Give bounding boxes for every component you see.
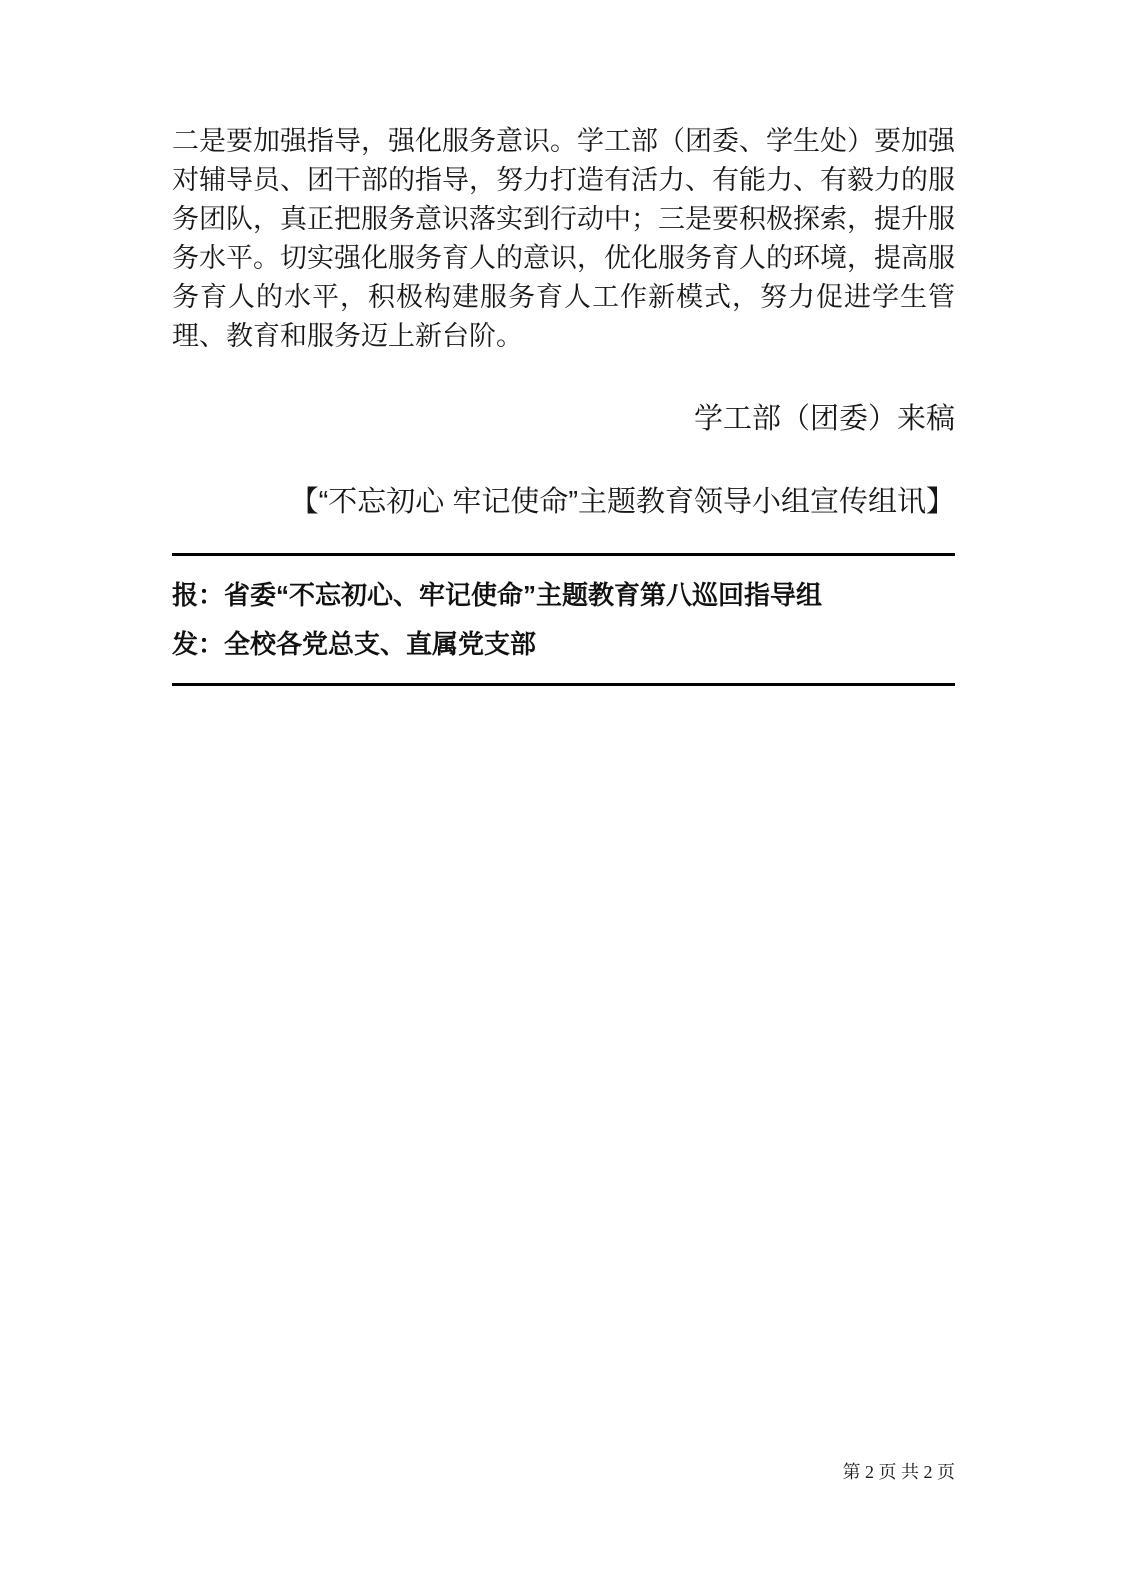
divider-bottom xyxy=(172,683,955,686)
paragraph-line: 理、教育和服务迈上新台阶。 xyxy=(172,317,955,356)
signature-line: 学工部（团委）来稿 xyxy=(172,402,955,436)
page-number: 第 2 页 共 2 页 xyxy=(843,1461,956,1483)
paragraph-line: 务团队，真正把服务意识落实到行动中；三是要积极探索，提升服 xyxy=(172,200,955,239)
divider-top xyxy=(172,553,955,556)
document-page: 二是要加强指导，强化服务意识。学工部（团委、学生处）要加强 对辅导员、团干部的指… xyxy=(0,0,1125,1581)
bulletin-title: 【“不忘初心 牢记使命”主题教育领导小组宣传组讯】 xyxy=(172,485,955,519)
body-paragraph: 二是要加强指导，强化服务意识。学工部（团委、学生处）要加强 对辅导员、团干部的指… xyxy=(172,122,955,356)
issued-to-line: 发：全校各党总支、直属党支部 xyxy=(172,628,955,660)
paragraph-line: 对辅导员、团干部的指导，努力打造有活力、有能力、有毅力的服 xyxy=(172,161,955,200)
paragraph-line: 二是要加强指导，强化服务意识。学工部（团委、学生处）要加强 xyxy=(172,122,955,161)
paragraph-line: 务育人的水平，积极构建服务育人工作新模式，努力促进学生管 xyxy=(172,278,955,317)
report-to-line: 报：省委“不忘初心、牢记使命”主题教育第八巡回指导组 xyxy=(172,579,955,611)
paragraph-line: 务水平。切实强化服务育人的意识，优化服务育人的环境，提高服 xyxy=(172,239,955,278)
